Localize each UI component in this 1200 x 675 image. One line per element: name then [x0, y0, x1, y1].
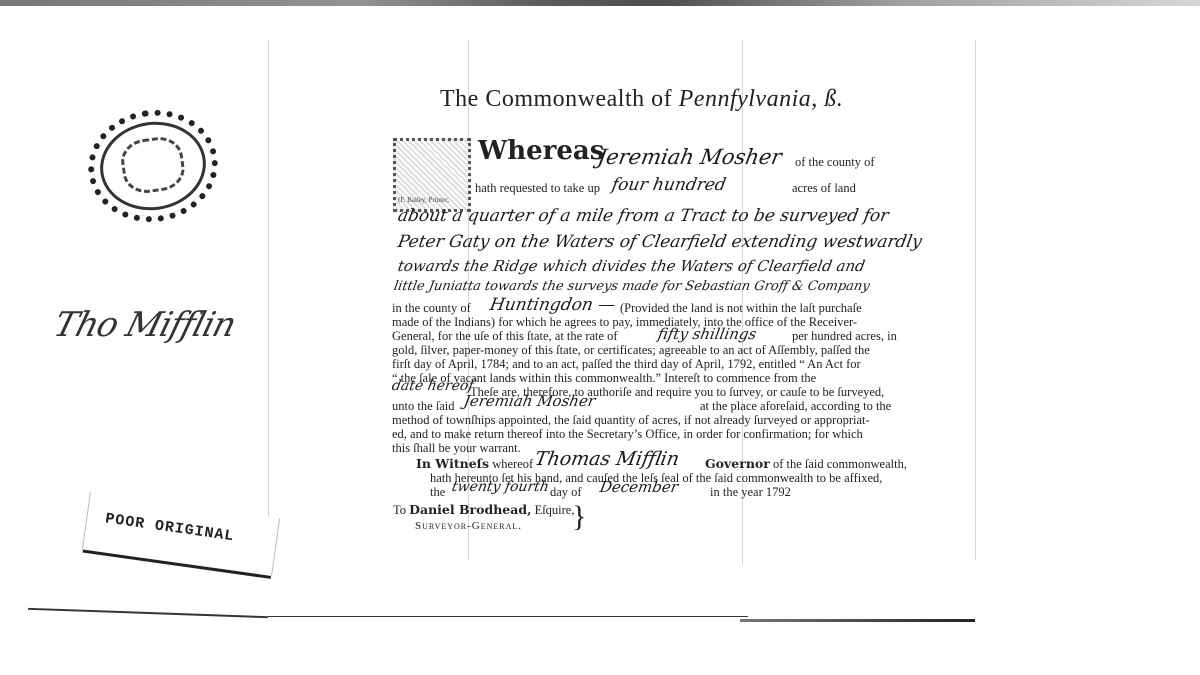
description-line-4: little Juniatta towards the surveys made… [393, 279, 871, 294]
governor-title: Governor of the ſaid commonwealth, [705, 457, 907, 471]
description-line-1: about a quarter of a mile from a Tract t… [396, 206, 890, 226]
fold-line [268, 40, 269, 560]
in-the-year-text: in the year 1792 [710, 485, 791, 499]
body-line-3: General, for the uſe of this ſtate, at t… [392, 329, 618, 343]
applicant-name-hw: Jeremiah Mosher [596, 145, 784, 169]
grantee-name-hw: Jeremiah Mosher [462, 392, 596, 410]
day-hw: twenty fourth [451, 479, 551, 495]
printer-caption: (F. Bailey, Printer, [398, 196, 449, 204]
month-hw: December [598, 478, 679, 496]
acre-quantity-hw: four hundred [610, 175, 727, 195]
interest-date-hw: date hereof [391, 378, 475, 394]
body-line-4: per hundred acres, in [792, 329, 897, 343]
county-label: in the county of [392, 301, 471, 315]
fold-line [975, 40, 976, 560]
witness-the: the [430, 485, 445, 499]
document-title: The Commonwealth of Pennfylvania, ß. [440, 86, 843, 113]
poor-original-text: POOR ORIGINAL [104, 510, 235, 545]
body-line-10: at the place aforeſaid, according to the [700, 399, 891, 413]
body-line-13: this ſhall be your warrant. [392, 441, 521, 455]
wax-seal-icon [81, 101, 225, 230]
margin-signature: Tho Mifflin [50, 305, 240, 345]
scan-top-edge [0, 0, 1200, 6]
witness-line-1: In Witneſs whereof [416, 457, 533, 471]
day-of-text: day of [550, 485, 582, 499]
paper-edge [28, 608, 268, 618]
governor-signature-hw: Thomas Mifflin [533, 448, 681, 470]
body-line-1: (Provided the land is not within the laſ… [620, 301, 862, 315]
body-line-9: unto the ſaid [392, 399, 455, 413]
body-line-12: ed, and to make return thereof into the … [392, 427, 863, 441]
paper-edge [268, 616, 748, 617]
county-name-hw: Huntingdon — [488, 295, 617, 315]
rate-hw: fifty shillings [656, 325, 758, 343]
body-line-2: made of the Indians) for which he agrees… [392, 315, 857, 329]
acres-of-land-text: acres of land [792, 181, 856, 195]
body-line-5: gold, ſilver, paper-money of this ſtate,… [392, 343, 870, 357]
body-line-11: method of townſhips appointed, the ſaid … [392, 413, 870, 427]
paper-edge [740, 619, 975, 622]
whereas-heading: Whereas [478, 144, 604, 162]
description-line-3: towards the Ridge which divides the Wate… [396, 257, 866, 275]
body-line-6: firſt day of April, 1784; and to an act,… [392, 357, 861, 371]
addressee-line: To Daniel Brodhead, Eſquire, [393, 503, 574, 517]
brace-icon: } [572, 500, 586, 534]
description-line-2: Peter Gaty on the Waters of Clearfield e… [396, 232, 923, 252]
hath-requested-text: hath requested to take up [475, 181, 600, 195]
of-county-text: of the county of [795, 155, 875, 169]
poor-original-stamp: POOR ORIGINAL [82, 492, 280, 576]
addressee-office: Surveyor-General. [415, 519, 522, 533]
